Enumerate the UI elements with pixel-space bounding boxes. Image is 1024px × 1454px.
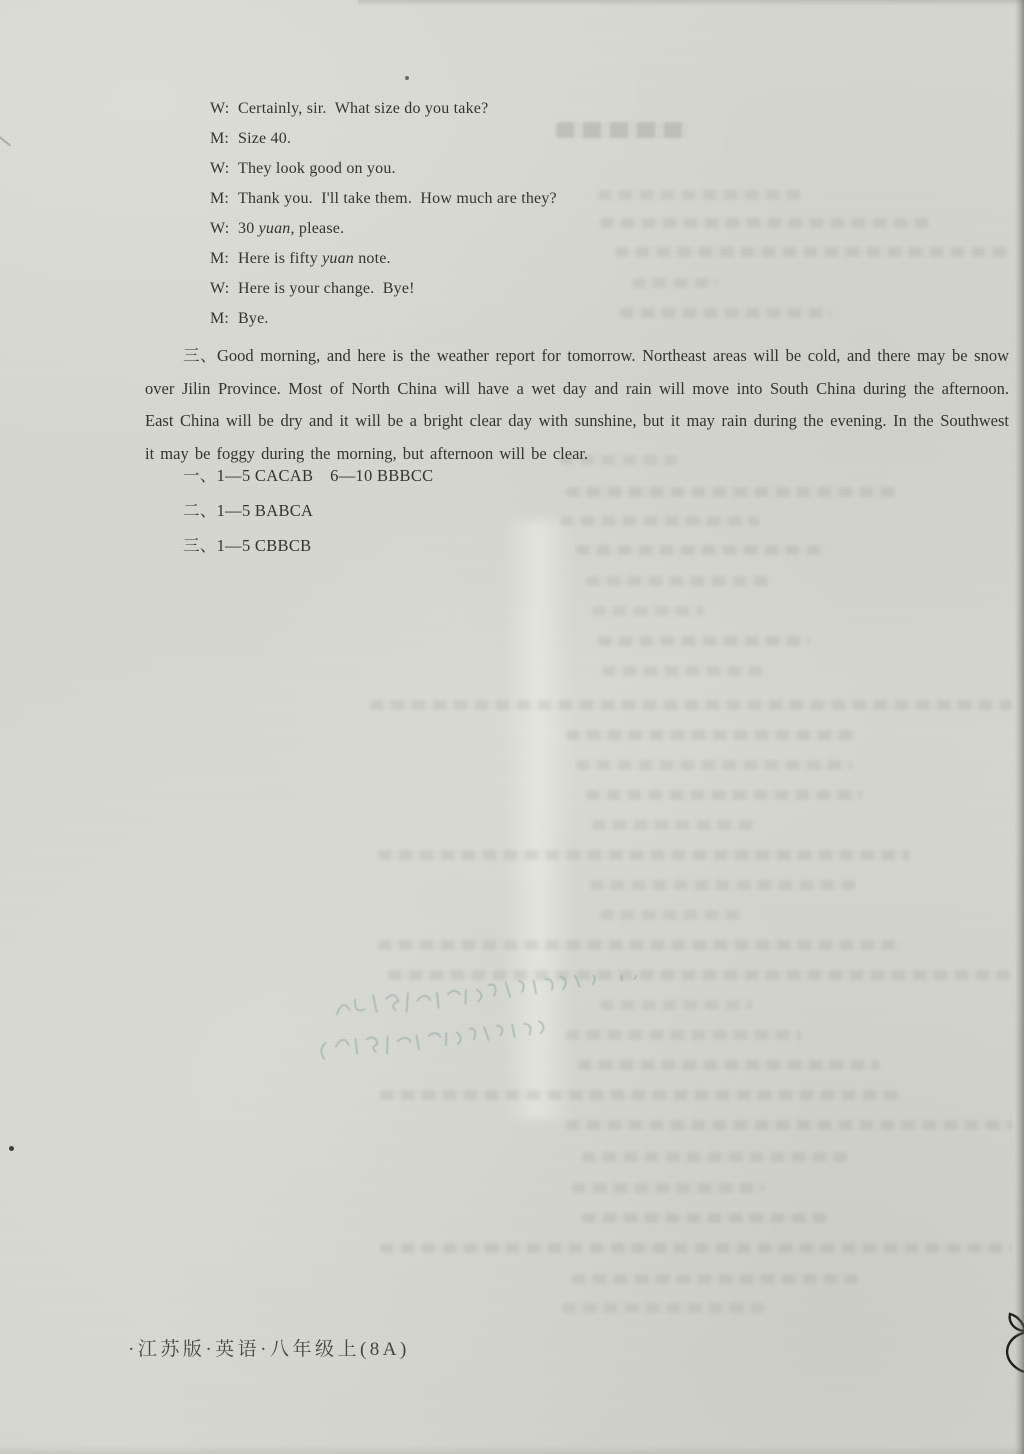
dialogue-text: Bye. [238, 310, 269, 327]
bleedthrough-line [370, 700, 1012, 710]
handwriting-bleedthrough [315, 975, 725, 1075]
bleedthrough-line [576, 760, 852, 770]
dialogue-line: W:30 yuan, please. [210, 214, 557, 244]
bleedthrough-line [620, 308, 832, 318]
listening-dialogue: W:Certainly, sir. What size do you take?… [210, 94, 557, 334]
bleedthrough-line [378, 850, 910, 860]
ink-speck [9, 1146, 14, 1151]
dialogue-line: W:Here is your change. Bye! [210, 274, 557, 304]
bleedthrough-line [600, 218, 930, 228]
scan-edge-bottom [0, 1446, 1024, 1454]
speaker-label: M: [210, 244, 238, 274]
dialogue-line: W:Certainly, sir. What size do you take? [210, 94, 557, 124]
speaker-label: W: [210, 94, 238, 124]
answer-line: 二、1—5 BABCA [183, 493, 433, 528]
bleedthrough-line [572, 1274, 858, 1284]
bleedthrough-line [378, 940, 900, 950]
handwriting-line-1 [335, 975, 638, 1014]
dialogue-text: 30 yuan, please. [238, 220, 344, 237]
bleedthrough-line [556, 122, 688, 138]
speaker-label: W: [210, 214, 238, 244]
bleedthrough-line [566, 730, 858, 740]
bleedthrough-line [582, 1152, 848, 1162]
bleedthrough-line [592, 820, 754, 830]
handwriting-line-2 [321, 1021, 545, 1059]
dialogue-text: Certainly, sir. What size do you take? [238, 100, 488, 117]
bleedthrough-line [600, 910, 742, 920]
bleedthrough-line [598, 190, 803, 200]
bleedthrough-line [380, 1090, 902, 1100]
speaker-label: M: [210, 304, 238, 334]
bleedthrough-line [572, 1183, 764, 1193]
edge-scratch [0, 136, 11, 147]
bleedthrough-line [560, 516, 760, 526]
bleedthrough-line [632, 278, 718, 288]
bleedthrough-line [566, 1120, 1012, 1130]
dialogue-line: M:Here is fifty yuan note. [210, 244, 557, 274]
dialogue-text: Size 40. [238, 130, 291, 147]
bleedthrough-line [380, 1243, 1012, 1253]
scan-edge-right [1015, 0, 1024, 1454]
bleedthrough-line [562, 1303, 764, 1313]
bleedthrough-line [598, 636, 810, 646]
scanned-answer-page: W:Certainly, sir. What size do you take?… [0, 0, 1024, 1454]
dialogue-line: M:Size 40. [210, 124, 557, 154]
speaker-label: W: [210, 274, 238, 304]
section-label: 三、 [183, 346, 217, 365]
bleedthrough-line [615, 247, 1007, 257]
scan-edge-top [358, 0, 1024, 6]
bleedthrough-line [576, 545, 828, 555]
bleedthrough-line [566, 487, 896, 497]
answer-line: 一、1—5 CACAB 6—10 BBBCC [183, 458, 433, 493]
speaker-label: W: [210, 154, 238, 184]
speaker-label: M: [210, 184, 238, 214]
dialogue-text: Here is your change. Bye! [238, 280, 415, 297]
bleedthrough-line [586, 576, 772, 586]
dialogue-text: Here is fifty yuan note. [238, 250, 391, 267]
answer-key: 一、1—5 CACAB 6—10 BBBCC二、1—5 BABCA三、1—5 C… [183, 458, 433, 563]
dialogue-line: M:Bye. [210, 304, 557, 334]
dialogue-line: M:Thank you. I'll take them. How much ar… [210, 184, 557, 214]
page-footer: ·江苏版·英语·八年级上(8A) [128, 1334, 410, 1361]
bleedthrough-line [590, 880, 856, 890]
bleedthrough-line [582, 1213, 828, 1223]
weather-report-text: Good morning, and here is the weather re… [145, 346, 1009, 463]
ink-speck [405, 76, 409, 80]
bleedthrough-line [602, 666, 768, 676]
bleedthrough-line [592, 606, 704, 616]
dialogue-text: They look good on you. [238, 160, 396, 177]
speaker-label: M: [210, 124, 238, 154]
dialogue-text: Thank you. I'll take them. How much are … [238, 190, 557, 207]
weather-report-paragraph: 三、Good morning, and here is the weather … [145, 340, 1009, 470]
dialogue-line: W:They look good on you. [210, 154, 557, 184]
answer-line: 三、1—5 CBBCB [183, 528, 433, 563]
bleedthrough-line [586, 790, 862, 800]
